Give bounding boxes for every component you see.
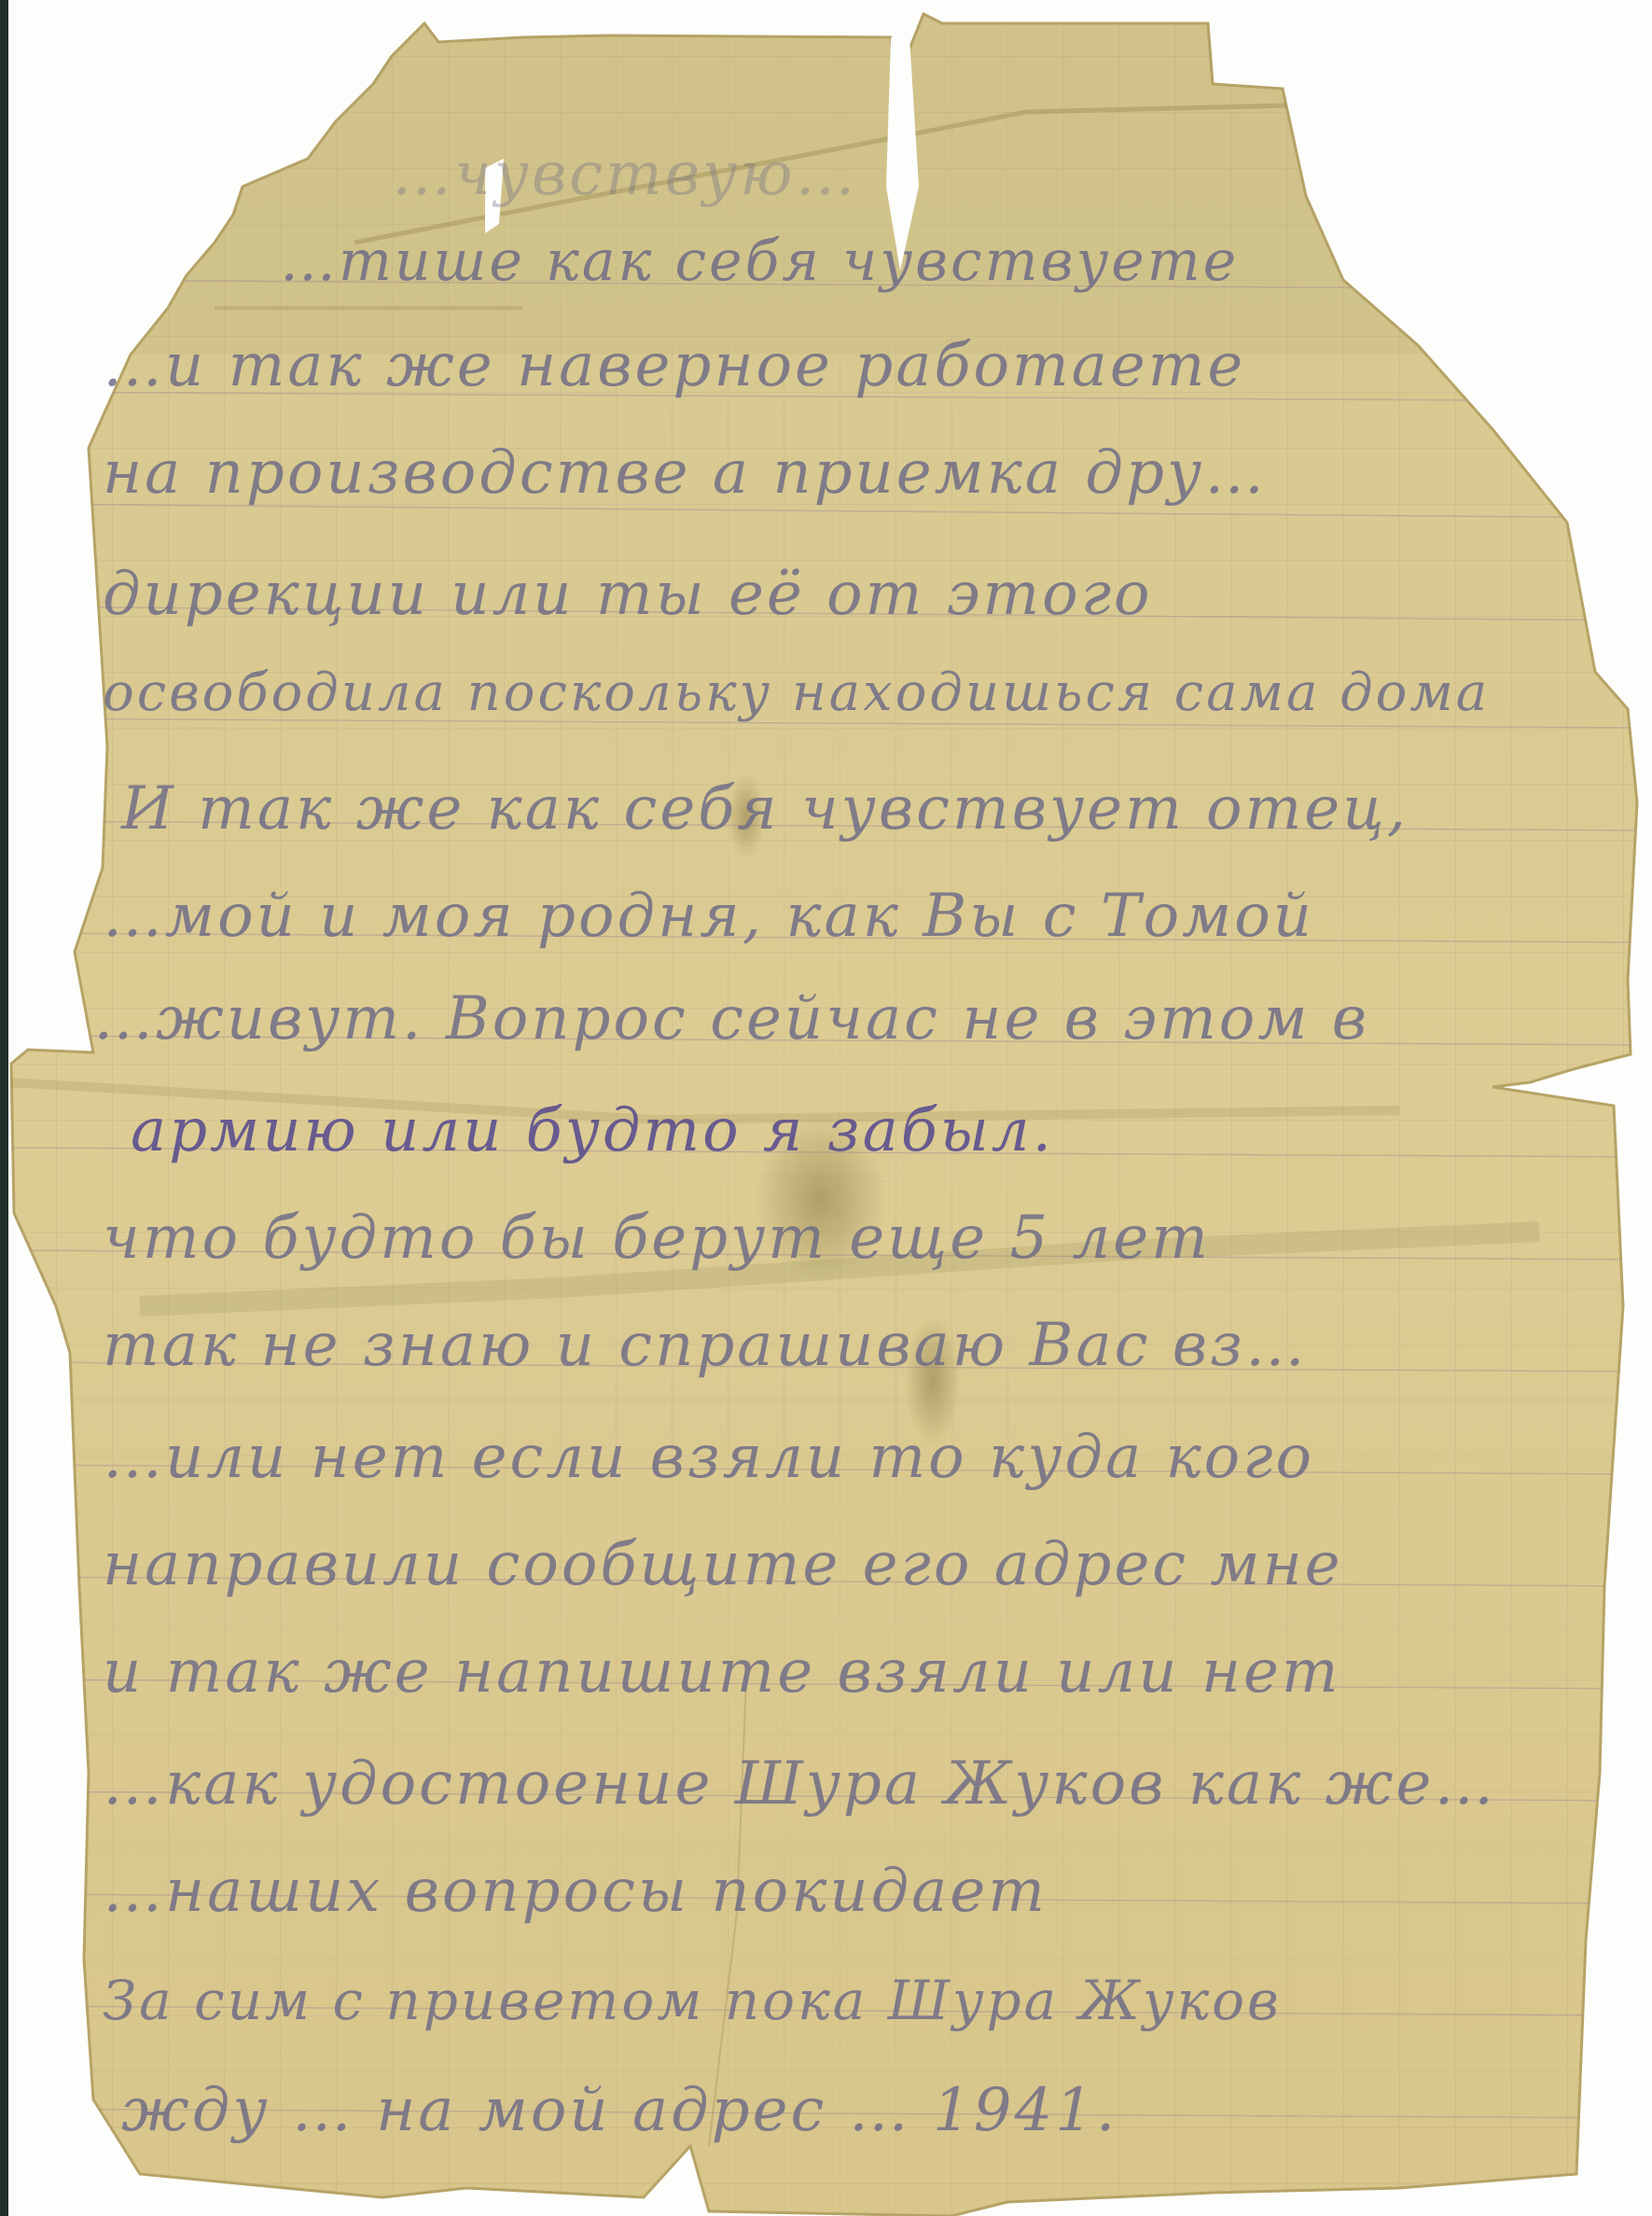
letter-line-18: За сим с приветом пока Шура Жуков xyxy=(103,1969,1282,2032)
letter-line-19: жду … на мой адрес … 1941. xyxy=(121,2076,1118,2145)
letter-line-9: …живут. Вопрос сейчас не в этом в xyxy=(93,984,1369,1053)
letter-line-17: …наших вопросы покидает xyxy=(103,1857,1048,1926)
letter-line-13: …или нет если взяли то куда кого xyxy=(103,1423,1314,1492)
letter-line-8: …мой и моя родня, как Вы с Томой xyxy=(103,882,1314,951)
letter-line-16: …как удостоение Шура Жуков как же… xyxy=(103,1749,1496,1819)
letter-line-15: и так же напишите взяли или нет xyxy=(103,1638,1341,1707)
letter-text: …чувствую… …тише как себя чувствуете …и … xyxy=(0,0,1652,2216)
letter-line-6: освободила поскольку находишься сама дом… xyxy=(103,662,1490,723)
letter-line-5: дирекции или ты её от этого xyxy=(103,560,1153,629)
letter-line-1: …чувствую… xyxy=(392,140,857,209)
letter-line-7: И так же как себя чувствует отец, xyxy=(121,774,1409,843)
letter-line-12: так не знаю и спрашиваю Вас вз… xyxy=(103,1311,1308,1380)
letter-line-4: на производстве а приемка дру… xyxy=(103,439,1267,508)
letter-line-10: армию или будто я забыл. xyxy=(131,1096,1054,1165)
letter-line-11: что будто бы берут еще 5 лет xyxy=(103,1204,1211,1273)
letter-line-2: …тише как себя чувствуете xyxy=(280,229,1239,294)
letter-line-3: …и так же наверное работаете xyxy=(103,331,1245,400)
letter-line-14: направили сообщите его адрес мне xyxy=(103,1530,1343,1599)
